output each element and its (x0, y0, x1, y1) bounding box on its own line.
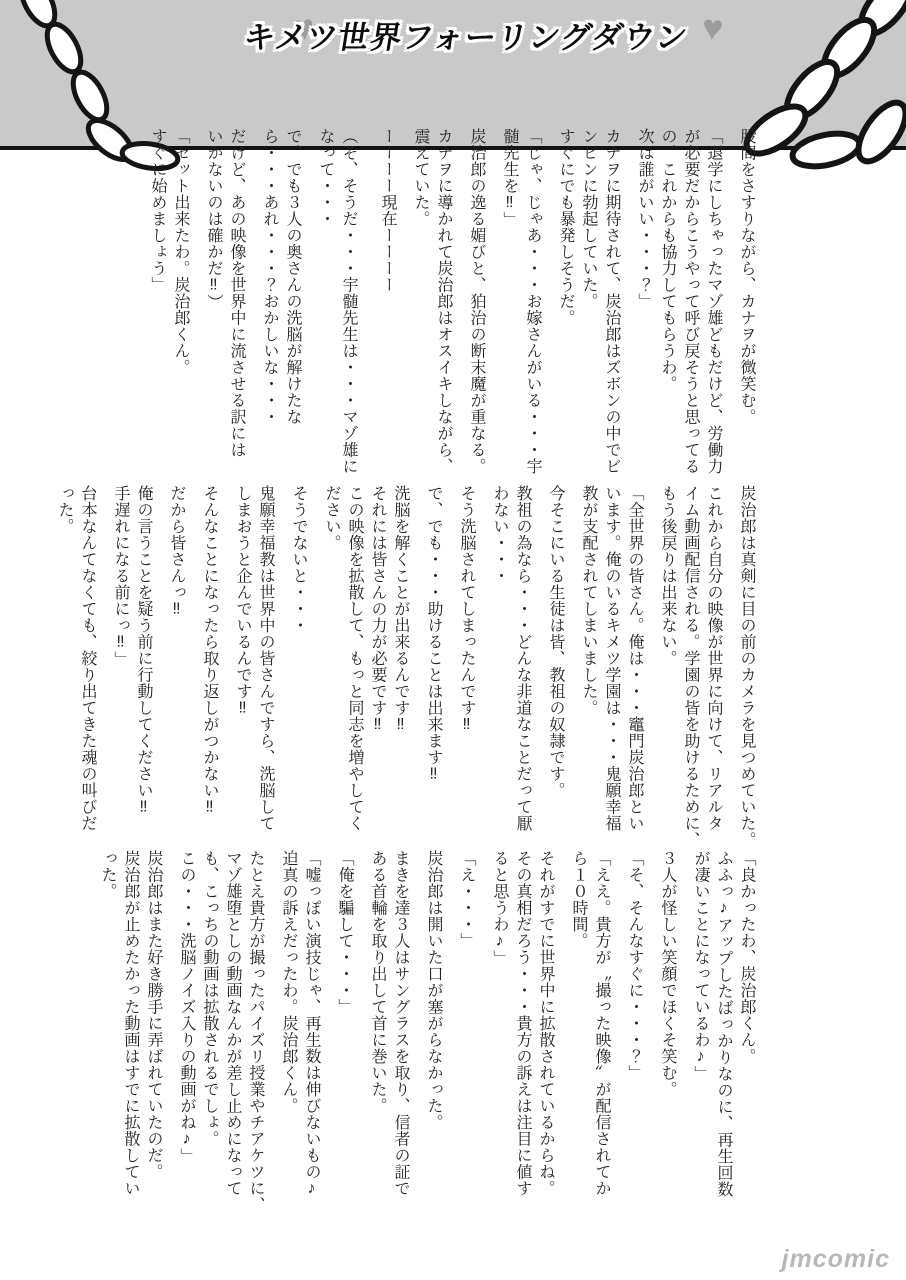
text-band-middle: 炭治郎は真剣に目の前のカメラを見つめていた。これから自分の映像が世界に向けて、リ… (43, 485, 758, 848)
paragraph: カナヲに導かれて炭治郎はオスイキしながら、震えていた。 (409, 128, 455, 475)
text-line: これから自分の映像が世界に向けて、リアルタ (702, 485, 725, 848)
paragraph: ーーーー現在ーーーー (376, 128, 399, 475)
text-line: 股間をさすりながら、カナヲが微笑む。 (735, 128, 758, 475)
text-line: イム動画配信される。学園の皆を助けるために、 (679, 485, 702, 848)
text-line: その真相だろう・・・貴方の訴えは注目に値す (511, 850, 534, 1213)
text-line: 「ええ。貴方が〝撮った映像〟が配信されてか (590, 850, 613, 1213)
text-band-top: 股間をさすりながら、カナヲが微笑む。「退学にしちゃったマゾ雄どもだけど、労働力が… (136, 128, 758, 475)
text-line: が凄いことになっているわ♪」 (689, 850, 712, 1213)
text-line: ら・・・あれ・・・？おかしいな・・・ (258, 128, 281, 475)
paragraph: 教祖の為なら・・・どんな非道なことだって厭わない・・・ (488, 485, 534, 848)
text-line: 教が支配されてしまいました。 (577, 485, 600, 848)
text-line: そう洗脳されてしまったんです‼ (455, 485, 478, 848)
watermark-logo: jmcomic (782, 1245, 890, 1274)
text-line: カナヲに導かれて炭治郎はオスイキしながら、 (432, 128, 455, 475)
text-line: ら１０時間。 (567, 850, 590, 1213)
text-line: それには皆さんの力が必要です‼ (366, 485, 389, 848)
paragraph: 「嘘っぽい演技じゃ、再生数は伸びないもの♪迫真の訴えだったわ。炭治郎くん。 (277, 850, 323, 1213)
paragraph: これから自分の映像が世界に向けて、リアルタイム動画配信される。学園の皆を助けるた… (656, 485, 725, 848)
text-line: まきを達３人はサングラスを取り、信者の証で (389, 850, 412, 1213)
text-line: ふふっ♪アップしたばっかりなのに、再生回数 (712, 850, 735, 1213)
text-line: 教祖の為なら・・・どんな非道なことだって厭 (511, 485, 534, 848)
text-line: が必要だからこうやって呼び戻そうと思ってる (679, 128, 702, 475)
paragraph: 股間をさすりながら、カナヲが微笑む。 (735, 128, 758, 475)
text-line: の。これからも協力してもらうわ。 (656, 128, 679, 475)
paragraph: 今そこにいる生徒は皆、教祖の奴隷です。 (544, 485, 567, 848)
paragraph: 炭治郎はまた好き勝手に弄ばれていたのだ。炭治郎が止めたかった動画はすでに拡散して… (96, 850, 165, 1213)
text-line: 「セット出来たわ。炭治郎くん。 (169, 128, 192, 475)
text-line: なって・・・ (314, 128, 337, 475)
text-line: 「そ、そんなすぐに・・・？」 (623, 850, 646, 1213)
text-line: だけど、あの映像を世界中に流させる訳には (225, 128, 248, 475)
text-line: も、こっちの動画は拡散されるでしょ。 (198, 850, 221, 1213)
paragraph: 「全世界の皆さん。俺は・・・竈門炭治郎といいます。俺のいるキメツ学園は・・・鬼願… (577, 485, 646, 848)
paragraph: 「俺を騙して・・・」 (333, 850, 356, 1213)
text-line: 手遅れになる前にっ‼」 (109, 485, 132, 848)
text-line: 次は誰がいい・・・？」 (633, 128, 656, 475)
text-line: （そ、そうだ・・・宇髄先生は・・・マゾ雄に (337, 128, 360, 475)
text-line: った。 (96, 850, 119, 1213)
text-line: だから皆さんっ‼ (165, 485, 188, 848)
text-line: 「退学にしちゃったマゾ雄どもだけど、労働力 (702, 128, 725, 475)
text-line: この映像を拡散して、もっと同志を増やしてく (343, 485, 366, 848)
text-line: 「嘘っぽい演技じゃ、再生数は伸びないもの♪ (300, 850, 323, 1213)
paragraph: ３人が怪しい笑顔でほくそ笑む。 (656, 850, 679, 1213)
heart-icon: ♥ (700, 9, 724, 47)
text-line: もう後戻りは出来ない。 (656, 485, 679, 848)
paragraph: 炭治郎は開いた口が塞がらなかった。 (422, 850, 445, 1213)
text-line: そんなことになったら取り返しがつかない‼ (198, 485, 221, 848)
text-line: 俺の言うことを疑う前に行動してください‼ (132, 485, 155, 848)
text-line: で、でも３人の奥さんの洗脳が解けたな (281, 128, 304, 475)
text-line: 迫真の訴えだったわ。炭治郎くん。 (277, 850, 300, 1213)
paragraph: そうでないと・・・ (287, 485, 310, 848)
text-line: 炭治郎は開いた口が塞がらなかった。 (422, 850, 445, 1213)
paragraph: 「良かったわ、炭治郎くん。ふふっ♪アップしたばっかりなのに、再生回数が凄いことに… (689, 850, 758, 1213)
paragraph: 炭治郎は真剣に目の前のカメラを見つめていた。 (735, 485, 758, 848)
text-line: マゾ雄堕としの動画なんかが差し止めになって (221, 850, 244, 1213)
paragraph: 「そ、そんなすぐに・・・？」 (623, 850, 646, 1213)
paragraph: 台本なんてなくても、絞り出てきた魂の叫びだった。 (53, 485, 99, 848)
text-line: 台本なんてなくても、絞り出てきた魂の叫びだ (76, 485, 99, 848)
paragraph: そんなことになったら取り返しがつかない‼ (198, 485, 221, 848)
text-line: 髄先生を‼」 (498, 128, 521, 475)
text-line: 「じゃ、じゃあ・・・お嫁さんがいる・・・宇 (521, 128, 544, 475)
text-line: 今そこにいる生徒は皆、教祖の奴隷です。 (544, 485, 567, 848)
paragraph: 洗脳を解くことが出来るんです‼それには皆さんの力が必要です‼この映像を拡散して、… (320, 485, 412, 848)
text-line: 鬼願幸福教は世界中の皆さんですら、洗脳して (254, 485, 277, 848)
text-line: ると思うわ♪」 (488, 850, 511, 1213)
text-line: この・・・洗脳ノイズ入りの動画がね♪」 (175, 850, 198, 1213)
paragraph: 「セット出来たわ。炭治郎くん。すぐに始めましょう」 (146, 128, 192, 475)
text-line: それがすでに世界中に拡散されているからね。 (534, 850, 557, 1213)
text-line: 炭治郎の逸る媚びと、狛治の断末魔が重なる。 (465, 128, 488, 475)
text-line: そうでないと・・・ (287, 485, 310, 848)
paragraph: だけど、あの映像を世界中に流させる訳にはいかないのは確かだ‼） (202, 128, 248, 475)
paragraph: （そ、そうだ・・・宇髄先生は・・・マゾ雄になって・・・ (314, 128, 360, 475)
paragraph: だから皆さんっ‼ (165, 485, 188, 848)
text-line: いかないのは確かだ‼） (202, 128, 225, 475)
text-line: ださい。 (320, 485, 343, 848)
paragraph: たとえ貴方が撮ったパイズリ授業やチアケツに、マゾ雄堕としの動画なんかが差し止めに… (175, 850, 267, 1213)
text-line: 「俺を騙して・・・」 (333, 850, 356, 1213)
text-line: 炭治郎は真剣に目の前のカメラを見つめていた。 (735, 485, 758, 848)
text-line: すぐに始めましょう」 (146, 128, 169, 475)
doujin-text-page: ♥ キメツ世界フォーリングダウン ♥ 股間をさすりながら、カナヲが微笑む。「退学… (0, 0, 906, 1280)
paragraph: そう洗脳されてしまったんです‼ (455, 485, 478, 848)
paragraph: 俺の言うことを疑う前に行動してください‼手遅れになる前にっ‼」 (109, 485, 155, 848)
paragraph: 鬼願幸福教は世界中の皆さんですら、洗脳してしまおうと企んでいるんです‼ (231, 485, 277, 848)
text-line: 洗脳を解くことが出来るんです‼ (389, 485, 412, 848)
text-line: 炭治郎はまた好き勝手に弄ばれていたのだ。 (142, 850, 165, 1213)
text-line: 「全世界の皆さん。俺は・・・竈門炭治郎とい (623, 485, 646, 848)
text-line: 震えていた。 (409, 128, 432, 475)
paragraph: で、でも・・・助けることは出来ます‼ (422, 485, 445, 848)
text-line: った。 (53, 485, 76, 848)
text-line: ある首輪を取り出して首に巻いた。 (366, 850, 389, 1213)
paragraph: 「退学にしちゃったマゾ雄どもだけど、労働力が必要だからこうやって呼び戻そうと思っ… (633, 128, 725, 475)
text-line: ーーーー現在ーーーー (376, 128, 399, 475)
paragraph: まきを達３人はサングラスを取り、信者の証である首輪を取り出して首に巻いた。 (366, 850, 412, 1213)
text-line: カナヲに期待されて、炭治郎はズボンの中でビ (600, 128, 623, 475)
paragraph: で、でも３人の奥さんの洗脳が解けたなら・・・あれ・・・？おかしいな・・・ (258, 128, 304, 475)
page-title: キメツ世界フォーリングダウン (241, 12, 692, 57)
text-line: しまおうと企んでいるんです‼ (231, 485, 254, 848)
text-line: 「良かったわ、炭治郎くん。 (735, 850, 758, 1213)
text-line: 「え・・・」 (455, 850, 478, 1213)
text-band-bottom: 「良かったわ、炭治郎くん。ふふっ♪アップしたばっかりなのに、再生回数が凄いことに… (86, 850, 758, 1213)
text-line: すぐにでも暴発しそうだ。 (554, 128, 577, 475)
paragraph: 「え・・・」 (455, 850, 478, 1213)
text-line: わない・・・ (488, 485, 511, 848)
paragraph: カナヲに期待されて、炭治郎はズボンの中でビンビンに勃起していた。すぐにでも暴発し… (554, 128, 623, 475)
text-line: 炭治郎が止めたかった動画はすでに拡散してい (119, 850, 142, 1213)
text-line: います。俺のいるキメツ学園は・・・鬼願幸福 (600, 485, 623, 848)
paragraph: 炭治郎の逸る媚びと、狛治の断末魔が重なる。 (465, 128, 488, 475)
text-line: ３人が怪しい笑顔でほくそ笑む。 (656, 850, 679, 1213)
text-line: で、でも・・・助けることは出来ます‼ (422, 485, 445, 848)
text-line: ンビンに勃起していた。 (577, 128, 600, 475)
paragraph: それがすでに世界中に拡散されているからね。その真相だろう・・・貴方の訴えは注目に… (488, 850, 557, 1213)
text-line: たとえ貴方が撮ったパイズリ授業やチアケツに、 (244, 850, 267, 1213)
paragraph: 「じゃ、じゃあ・・・お嫁さんがいる・・・宇髄先生を‼」 (498, 128, 544, 475)
paragraph: 「ええ。貴方が〝撮った映像〟が配信されてから１０時間。 (567, 850, 613, 1213)
